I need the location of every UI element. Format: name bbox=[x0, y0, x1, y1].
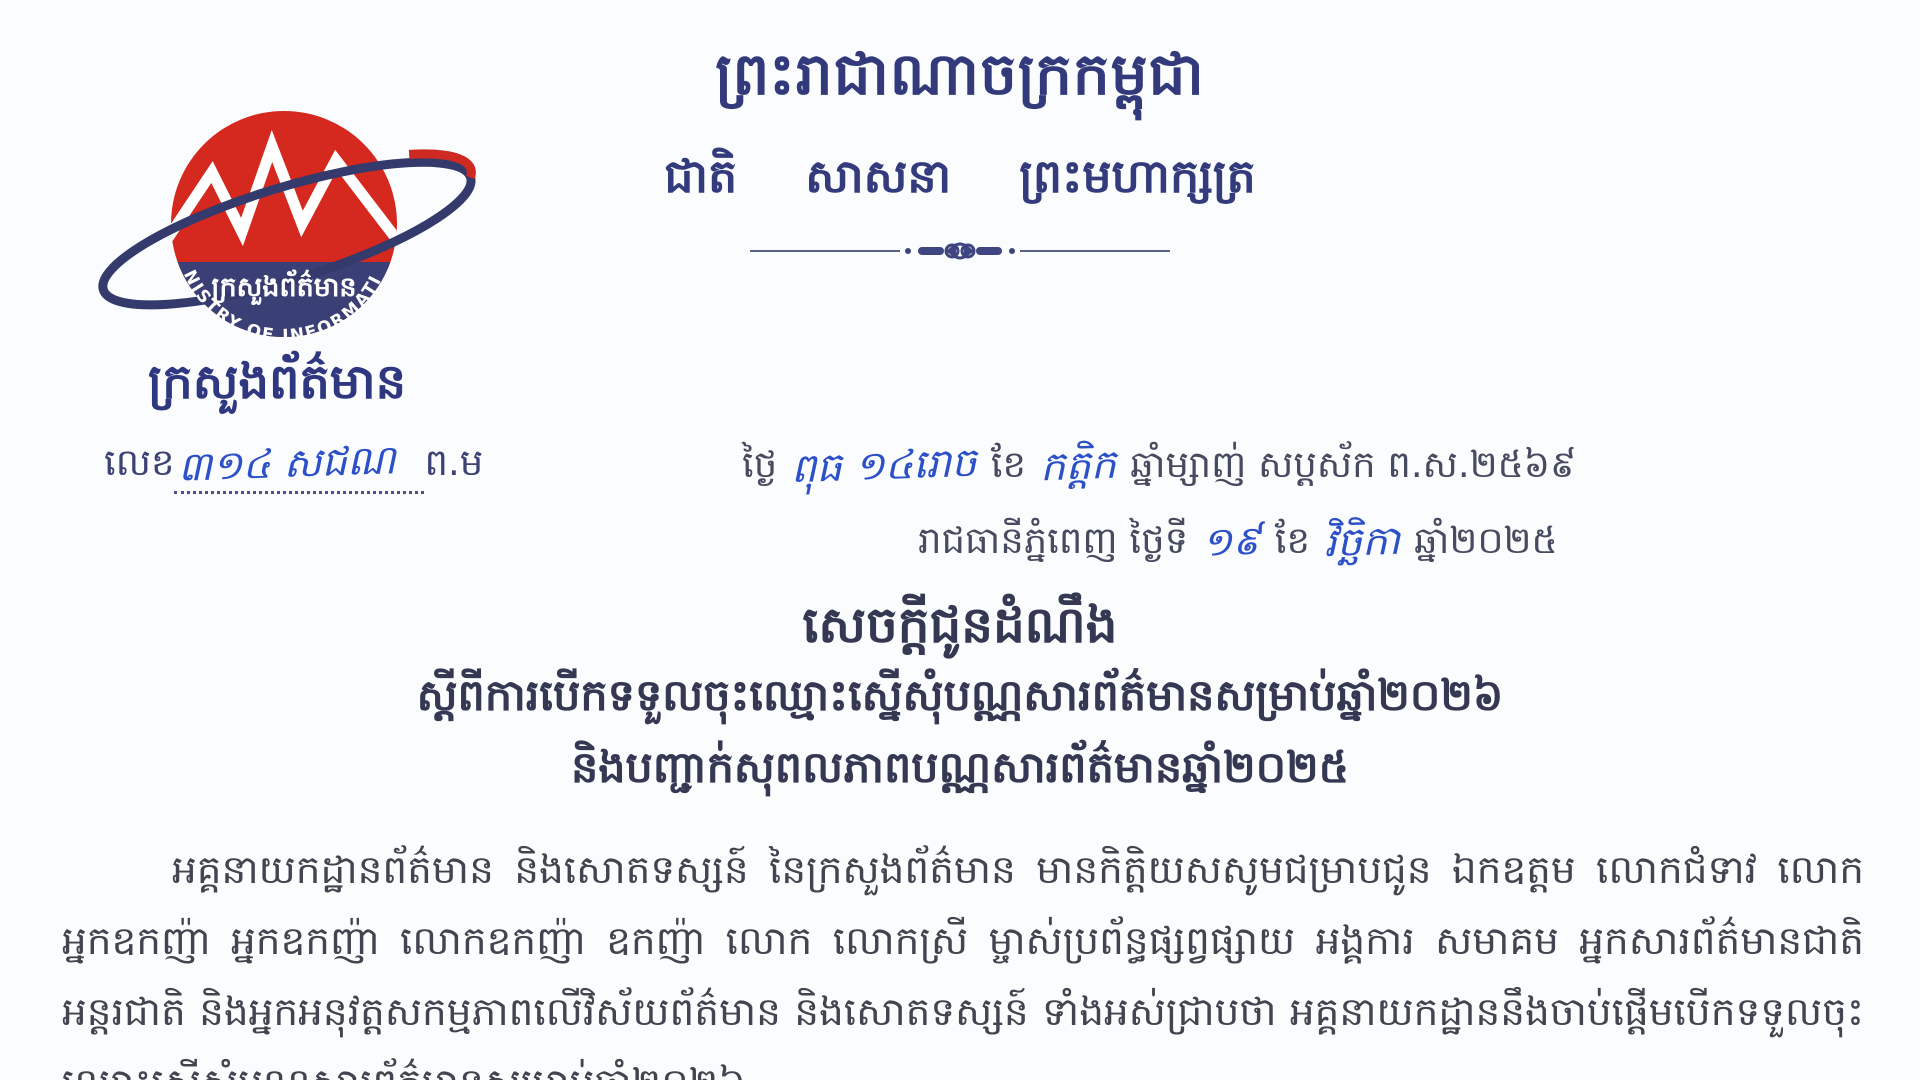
number-handwritten-value: ៣១៤ សជណ bbox=[178, 434, 398, 501]
reference-number-line: លេខ៣១៤ សជណព.ម bbox=[104, 440, 483, 494]
document-subtitle-1: ស្តីពីការបើកទទួលចុះឈ្មោះស្នើសុំបណ្ណសារព័… bbox=[0, 668, 1920, 731]
number-suffix: ព.ម bbox=[424, 441, 483, 484]
date2-prefix: រាជធានីភ្នំពេញ ថ្ងៃទី bbox=[918, 519, 1188, 562]
gregorian-date-line: រាជធានីភ្នំពេញ ថ្ងៃទី១៩ខែវិច្ឆិកាឆ្នាំ២០… bbox=[918, 514, 1558, 573]
document-subtitle-2: និងបញ្ជាក់សុពលភាពបណ្ណសារព័ត៌មានឆ្នាំ២០២៥ bbox=[0, 740, 1920, 803]
date1-suffix: ឆ្នាំម្សាញ់ សប្តស័ក ព.ស.២៥៦៩ bbox=[1130, 443, 1576, 486]
lunar-date-line: ថ្ងៃពុធ ១៤រោចខែកត្តិកឆ្នាំម្សាញ់ សប្តស័ក… bbox=[742, 438, 1576, 497]
date2-handwritten-month: វិច្ឆិកា bbox=[1323, 515, 1401, 577]
date2-handwritten-day: ១៩ bbox=[1201, 515, 1262, 576]
date1-handwritten-day: ពុធ ១៤រោច bbox=[790, 437, 978, 502]
logo-khmer-label: ក្រសួងព័ត៌មាន bbox=[211, 269, 356, 306]
date2-month-label: ខែ bbox=[1275, 519, 1310, 562]
motto-king: ព្រះមហាក្សត្រ bbox=[1019, 149, 1256, 203]
ministry-name: ក្រសួងព័ត៌មាន bbox=[148, 352, 406, 422]
divider-ornament-icon bbox=[750, 238, 1170, 264]
document-title: សេចក្តីជូនដំណឹង bbox=[0, 594, 1920, 667]
number-dotted-line: ៣១៤ សជណ bbox=[174, 447, 424, 494]
date1-prefix: ថ្ងៃ bbox=[742, 443, 777, 486]
motto-nation: ជាតិ bbox=[664, 149, 737, 203]
date1-month-label: ខែ bbox=[991, 443, 1026, 486]
document-page: ព្រះរាជាណាចក្រកម្ពុជា ជាតិសាសនាព្រះមហាក្… bbox=[0, 0, 1920, 1080]
motto-religion: សាសនា bbox=[805, 149, 951, 203]
date2-suffix: ឆ្នាំ២០២៥ bbox=[1414, 519, 1558, 562]
body-paragraph: អគ្គនាយកដ្ឋានព័ត៌មាន និងសោតទស្សន៍ នៃក្រស… bbox=[62, 836, 1864, 1080]
date1-handwritten-month: កត្តិក bbox=[1039, 439, 1117, 501]
number-label: លេខ bbox=[104, 441, 174, 484]
